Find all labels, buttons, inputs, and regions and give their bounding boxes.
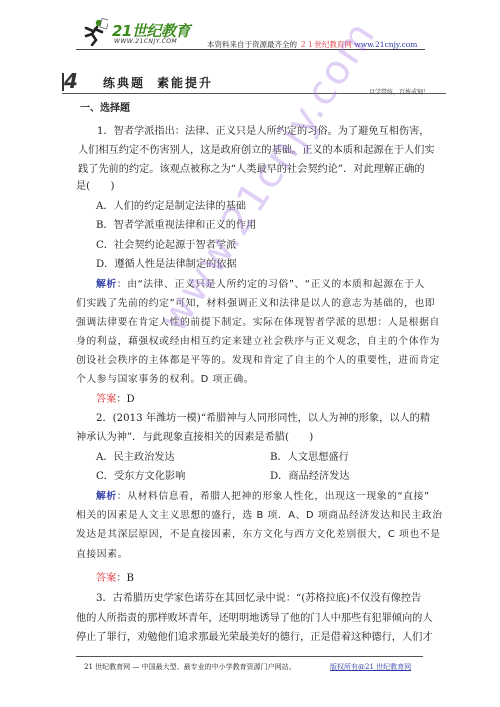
header-divider [76,49,425,50]
q2-stem-line: 2．(2013 年潍坊一模)“希腊神与人同形同性，以人为神的形象，以人的精 [96,413,430,425]
q1-stem-line: 人们相互约定不伤害别人，这是政府创立的基础。正义的本质和起源在于人们实 [78,145,435,157]
footer-divider [76,656,423,657]
banner-number: 4 [64,71,82,91]
q2-analysis-label: 解析 [96,491,117,502]
q1-analysis-line: 创设社会秩序的主体都是平等的。发现和肯定了自主的个人的重要性，进而肯定 [76,355,440,367]
q1-answer: 答案：D [96,394,135,406]
q2-options-row-1: A．民主政治发达 B．人文思想盛行 [96,452,175,464]
logo-url: WWW.21CNJY.COM [114,38,177,45]
q2-option-a: A．民主政治发达 [96,452,175,463]
q3-stem-line: 3．古希腊历史学家色诺芬在其回忆录中说：“(苏格拉底)不仅没有像控告 [96,593,421,605]
q2-answer: 答案：B [96,573,134,585]
runner-logo-icon [82,18,108,46]
q3-stem-line: 停止了罪行，劝勉他们追求那最光荣最美好的德行，正是借着这种德行，人们才 [76,632,433,644]
q2-analysis-line: 解析：从材料信息看，希腊人把神的形象人性化，出现这一现象的“直接” [96,491,430,503]
q2-answer-label: 答案 [96,573,116,584]
q2-option-d: D．商品经济发达 [270,471,349,483]
header-note-brand[interactable]: ２１世纪教育网 [299,40,352,49]
banner-title-part1: 练典题 [103,76,145,90]
q1-answer-label: 答案 [96,394,116,405]
q1-analysis-line: 解析：由“法律、正义只是人所约定的习俗”、“正义的本质和起源在于人 [96,279,425,291]
site-logo[interactable]: 21世纪教育 WWW.21CNJY.COM [82,14,197,50]
q1-option-c: C．社会契约论起源于智者学派 [96,240,236,252]
q1-analysis-line: 强调法律要在肯定人性的前提下制定。实际在体现智者学派的思想：人是根据自 [76,317,440,329]
q2-analysis-line: 相关的因素是人文主义思想的盛行，选 B 项．A、D 项商品经济发达和民主政治 [76,510,443,522]
section-title: 一、选择题 [80,103,130,115]
q2-stem-line: 神承认为神”．与此现象直接相关的因素是希腊( ) [76,432,313,444]
q1-stem-line: 是( ) [76,181,115,193]
q1-analysis-line: 们实践了先前的约定”可知，材料强调正义和法律是以人的意志为基础的，也即 [76,298,435,310]
q2-analysis-line: 发达是其深层原因，不是直接因素，东方文化与西方文化差别很大，C 项也不是 [76,529,441,541]
q1-analysis-line: 个人参与国家事务的权利。D 项正确。 [76,374,254,386]
footer-copyright-link[interactable]: 版权所有@21 世纪教育网 [330,662,411,672]
q2-option-c: C．受东方文化影响 [96,471,185,482]
q2-option-b: B．人文思想盛行 [270,452,349,464]
q1-stem-line: 践了先前的约定。该观点被称之为“人类最早的社会契约论”．对此理解正确的 [78,164,425,176]
q1-analysis-line: 身的利益，藉强权或经由相互约定来建立社会秩序与正义观念，自主的个体作为 [76,336,440,348]
banner-title: 练典题素能提升 [103,74,213,91]
q1-option-a: A．人们的约定是制定法律的基础 [96,201,246,213]
footer-text: 21 世纪教育网 — 中国最大型、最专业的中小学教育资源门户网站。 [84,662,296,672]
q2-analysis-line: 直接因素。 [76,549,128,561]
q2-options-row-2: C．受东方文化影响 D．商品经济发达 [96,471,185,483]
header-note-prefix: 本资料来自于资源最齐全的 [207,40,297,49]
q1-stem-line: 1．智者学派指出：法律、正义只是人所约定的习俗。为了避免互相伤害， [97,126,429,138]
header-note-url[interactable]: www.21cnjy.com [354,40,417,49]
banner-divider [62,93,446,94]
q3-stem-line: 他的人所指责的那样败坏青年，还明明地诱导了他的门人中那些有犯罪倾向的人 [76,613,433,625]
banner-motto: 以学带练，百炼成钢！ [369,87,429,96]
q1-option-d: D．遵循人性是法律制定的依据 [96,259,237,271]
banner-title-part2: 素能提升 [157,76,213,90]
q1-option-b: B．智者学派重视法律和正义的作用 [96,220,256,232]
q1-analysis-label: 解析 [96,279,117,290]
